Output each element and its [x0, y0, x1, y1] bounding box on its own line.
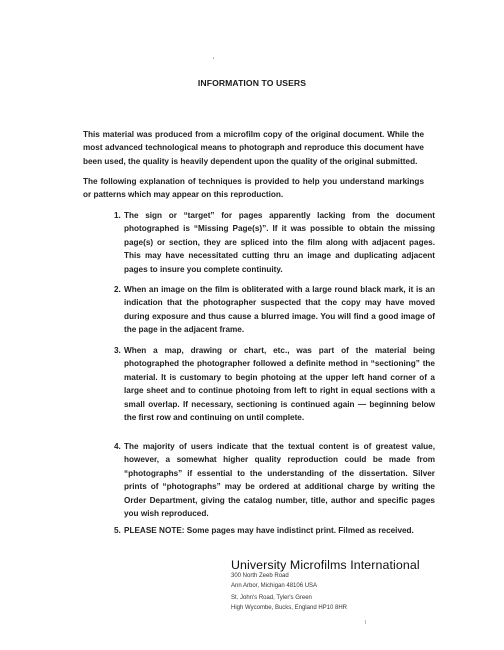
item-number: 1. [114, 209, 121, 222]
list-item: 4. The majority of users indicate that t… [114, 440, 435, 520]
intro-paragraph: This material was produced from a microf… [83, 128, 424, 168]
list-item: 1. The sign or “target” for pages appare… [114, 209, 435, 276]
organization-block: University Microfilms International 300 … [231, 558, 420, 613]
item-text: PLEASE NOTE: Some pages may have indisti… [124, 526, 414, 535]
list-item: 3. When a map, drawing or chart, etc., w… [114, 344, 435, 424]
item-number: 3. [114, 344, 121, 357]
item-text: When an image on the film is obliterated… [124, 285, 435, 334]
document-page: INFORMATION TO USERS This material was p… [0, 0, 504, 650]
address-line: 300 North Zeeb Road [231, 572, 420, 582]
address-line: Ann Arbor, Michigan 48106 USA [231, 582, 420, 592]
address-line: High Wycombe, Bucks, England HP10 8HR [231, 604, 420, 614]
list-item: 2. When an image on the film is oblitera… [114, 283, 435, 337]
item-text: The sign or “target” for pages apparentl… [124, 211, 435, 274]
item-text: The majority of users indicate that the … [124, 442, 435, 518]
item-number: 2. [114, 283, 121, 296]
item-number: 4. [114, 440, 121, 453]
explanation-paragraph: The following explanation of techniques … [83, 175, 424, 202]
list-item: 5. PLEASE NOTE: Some pages may have indi… [114, 524, 435, 537]
item-number: 5. [114, 524, 121, 537]
page-title: INFORMATION TO USERS [0, 78, 504, 88]
organization-name: University Microfilms International [231, 558, 420, 572]
address-line: St. John's Road, Tyler's Green [231, 594, 420, 604]
scan-speck [213, 57, 214, 59]
scan-speck [365, 620, 366, 624]
item-text: When a map, drawing or chart, etc., was … [124, 346, 435, 422]
